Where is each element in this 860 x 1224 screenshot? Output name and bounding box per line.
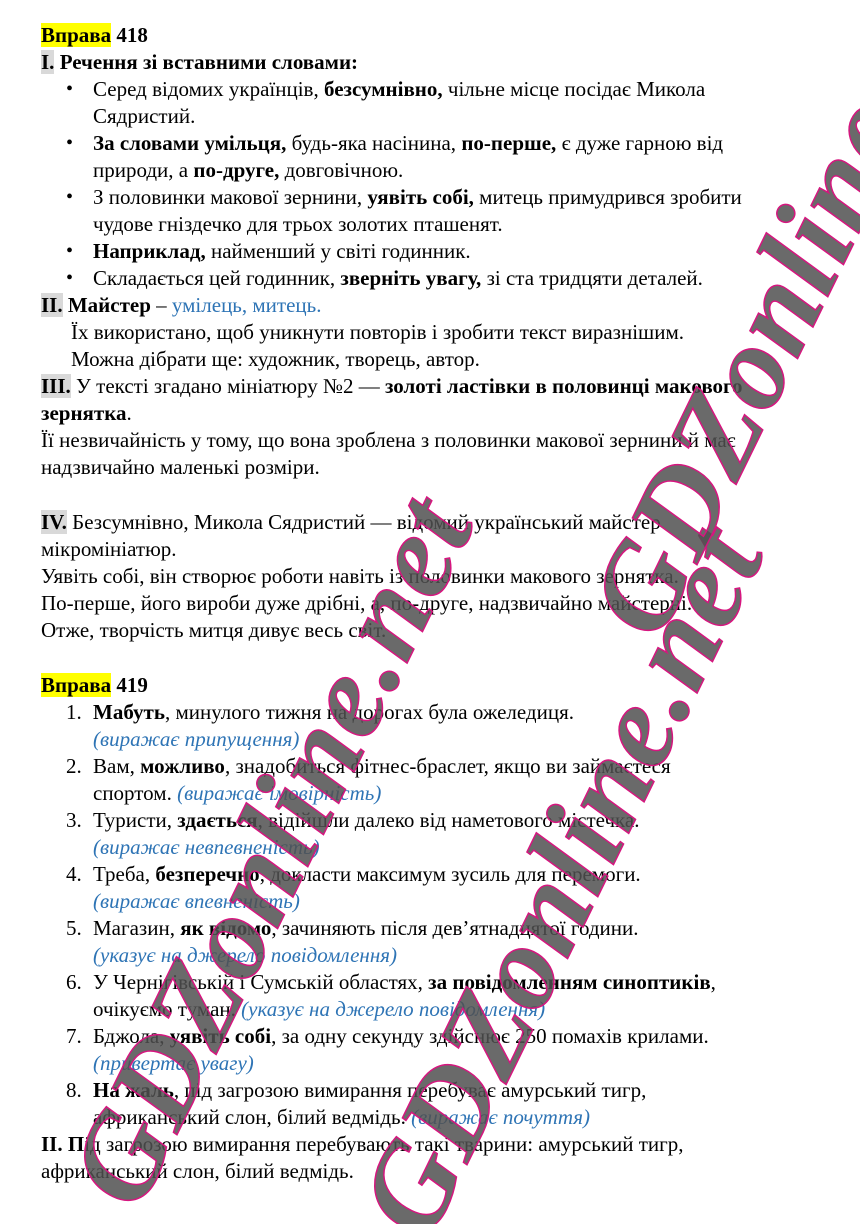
item-number: 5.: [66, 915, 82, 942]
paragraph-line: Отже, творчість митця дивує весь світ.: [41, 617, 831, 644]
list-item: 8.На жаль, під загрозою вимирання перебу…: [93, 1077, 831, 1131]
annotation: (виражає невпевненість): [93, 835, 320, 859]
paragraph-line: Їх використано, щоб уникнути повторів і …: [41, 319, 831, 346]
annotation: (виражає впевненість): [93, 889, 300, 913]
exercise-418-title: Вправа 418: [41, 22, 831, 49]
roman-numeral: І.: [41, 50, 54, 74]
list-item: 4.Треба, безперечно, докласти максимум з…: [93, 861, 831, 915]
list-item: 3.Туристи, здається, відійшли далеко від…: [93, 807, 831, 861]
paragraph-line: Уявіть собі, він створює роботи навіть і…: [41, 563, 831, 590]
list-item: 1.Мабуть, минулого тижня на дорогах була…: [93, 699, 831, 753]
list-item: 5.Магазин, як відомо, зачиняють після де…: [93, 915, 831, 969]
roman-numeral: ІV.: [41, 510, 67, 534]
list-item: Наприклад, найменший у світі годинник.: [93, 238, 831, 265]
annotation: (указує на джерело повідомлення): [93, 943, 397, 967]
part-2-answer: ІІ. Під загрозою вимирання перебувають т…: [41, 1131, 831, 1158]
item-number: 6.: [66, 969, 82, 996]
list-item: 2.Вам, можливо, знадобиться фітнес-брасл…: [93, 753, 831, 807]
roman-numeral: ІІ.: [41, 293, 63, 317]
annotation: (виражає припущення): [93, 727, 299, 751]
annotation: (привертає увагу): [93, 1051, 254, 1075]
annotation: (виражає почуття): [411, 1105, 590, 1129]
exercise-number: 418: [116, 23, 148, 47]
list-item: За словами умільця, будь-яка насінина, п…: [93, 130, 831, 184]
paragraph-line: африканський слон, білий ведмідь.: [41, 1158, 831, 1185]
section-heading: Речення зі вставними словами:: [60, 50, 358, 74]
exercise-number: 419: [116, 673, 148, 697]
synonyms: умілець, митець.: [172, 293, 322, 317]
roman-numeral: ІІІ.: [41, 374, 71, 398]
part-4: ІV. Безсумнівно, Микола Сядристий — відо…: [41, 509, 831, 536]
list-item: Серед відомих українців, безсумнівно, чі…: [93, 76, 831, 130]
numbered-sentences-list: 1.Мабуть, минулого тижня на дорогах була…: [41, 699, 831, 1131]
part-3: ІІІ. У тексті згадано мініатюру №2 — зол…: [41, 373, 831, 400]
paragraph-line: надзвичайно маленькі розміри.: [41, 454, 831, 481]
exercise-label: Вправа: [41, 23, 111, 47]
annotation: (виражає імовірність): [177, 781, 381, 805]
annotation: (указує на джерело повідомлення): [241, 997, 545, 1021]
part-2: ІІ. Майстер – умілець, митець.: [41, 292, 831, 319]
paragraph-line: Її незвичайність у тому, що вона зроблен…: [41, 427, 831, 454]
item-number: 4.: [66, 861, 82, 888]
key-word: Майстер: [68, 293, 151, 317]
item-number: 7.: [66, 1023, 82, 1050]
paragraph-line: По-перше, його вироби дуже дрібні, а, по…: [41, 590, 831, 617]
list-item: 6.У Чернігівській і Сумській областях, з…: [93, 969, 831, 1023]
exercise-label: Вправа: [41, 673, 111, 697]
list-item: Складається цей годинник, зверніть увагу…: [93, 265, 831, 292]
item-number: 1.: [66, 699, 82, 726]
paragraph-line: Можна дібрати ще: художник, творець, авт…: [41, 346, 831, 373]
item-number: 2.: [66, 753, 82, 780]
list-item: 7.Бджола, уявіть собі, за одну секунду з…: [93, 1023, 831, 1077]
list-item: З половинки макової зернини, уявіть собі…: [93, 184, 831, 238]
paragraph-line: мікромініатюр.: [41, 536, 831, 563]
item-number: 3.: [66, 807, 82, 834]
exercise-419-title: Вправа 419: [41, 672, 831, 699]
document-page: Вправа 418 І. Речення зі вставними слова…: [41, 22, 831, 1185]
item-number: 8.: [66, 1077, 82, 1104]
sentences-list: Серед відомих українців, безсумнівно, чі…: [41, 76, 831, 292]
part-1-heading: І. Речення зі вставними словами:: [41, 49, 831, 76]
